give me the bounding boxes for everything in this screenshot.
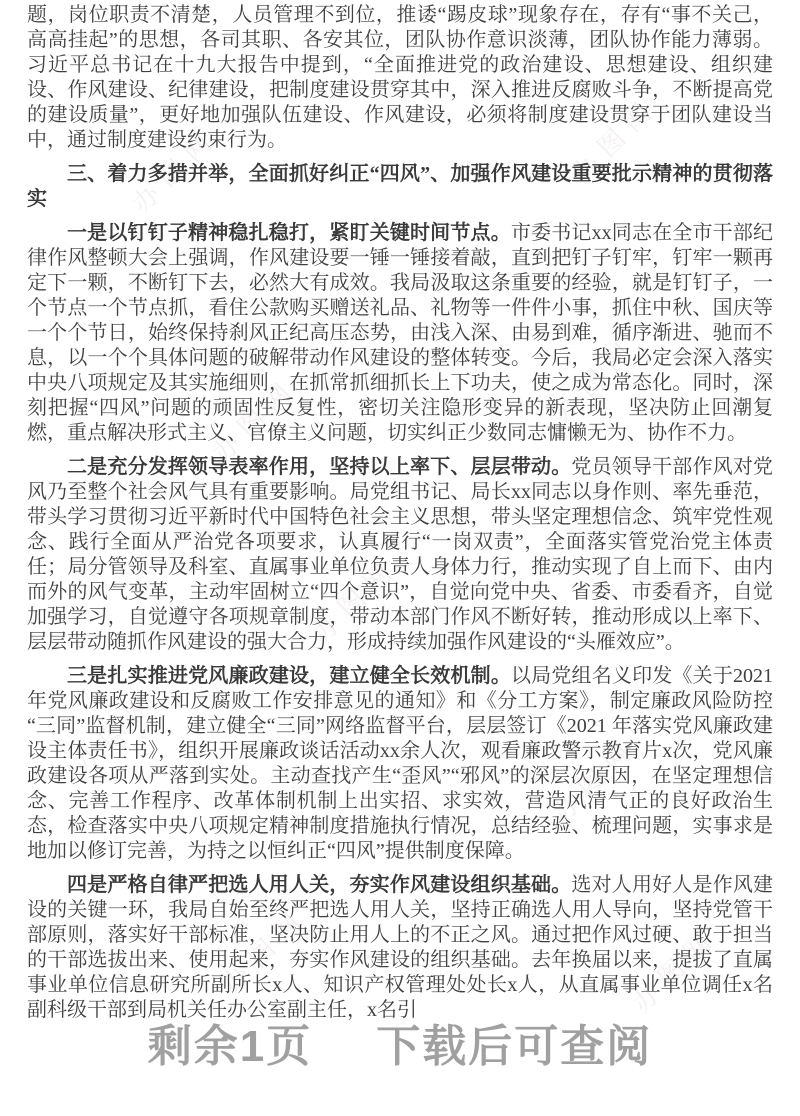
paragraph-point-1: 一是以钉钉子精神稳扎稳打，紧盯关键时间节点。市委书记xx同志在全市干部纪律作风整… bbox=[27, 221, 773, 446]
paragraph-point-2: 二是充分发挥领导表率作用，坚持以上率下、层层带动。党员领导干部作风对党风乃至整个… bbox=[27, 455, 773, 655]
paragraph-continuation: 题，岗位职责不清楚，人员管理不到位，推诿“踢皮球”现象存在，存有“事不关己，高高… bbox=[27, 3, 773, 153]
document-content: 题，岗位职责不清楚，人员管理不到位，推诿“踢皮球”现象存在，存有“事不关己，高高… bbox=[27, 3, 773, 1032]
paragraph-point-4: 四是严格自律严把选人用人关，夯实作风建设组织基础。选对人用好人是作风建设的关键一… bbox=[27, 873, 773, 1023]
download-hint-label: 下载后可查阅 bbox=[376, 1022, 652, 1071]
paragraph-point-3: 三是扎实推进党风廉政建设，建立健全长效机制。以局党组名义印发《关于2021年党风… bbox=[27, 664, 773, 864]
paragraph-lead: 二是充分发挥领导表率作用，坚持以上率下、层层带动。 bbox=[67, 456, 571, 478]
paragraph-text: 选对人用好人是作风建设的关键一环，我局自始至终严把选人用人关，坚持正确选人用人导… bbox=[27, 874, 773, 1021]
section-heading: 三、着力多措并举，全面抓好纠正“四风”、加强作风建设重要批示精神的贯彻落实 bbox=[27, 162, 773, 212]
paragraph-text: 以局党组名义印发《关于2021年党风廉政建设和反腐败工作安排意见的通知》和《分工… bbox=[27, 665, 773, 862]
paragraph-lead: 三是扎实推进党风廉政建设，建立健全长效机制。 bbox=[67, 665, 511, 687]
paragraph-text: 市委书记xx同志在全市干部纪律作风整顿大会上强调，作风建设要一锤一锤接着敲，直到… bbox=[27, 222, 773, 444]
paragraph-lead: 一是以钉钉子精神稳扎稳打，紧盯关键时间节点。 bbox=[67, 222, 511, 244]
document-page: 办图网 办图网 办图网 办图网 办图网 办图网 办图网 办图网 办图网 题，岗位… bbox=[0, 0, 800, 1116]
remaining-pages-banner: 剩余1页下载后可查阅 bbox=[0, 1010, 800, 1074]
remaining-pages-label: 剩余1页 bbox=[148, 1022, 312, 1071]
paragraph-lead: 四是严格自律严把选人用人关，夯实作风建设组织基础。 bbox=[67, 874, 571, 896]
paragraph-text: 党员领导干部作风对党风乃至整个社会风气具有重要影响。局党组书记、局长xx同志以身… bbox=[27, 456, 773, 653]
